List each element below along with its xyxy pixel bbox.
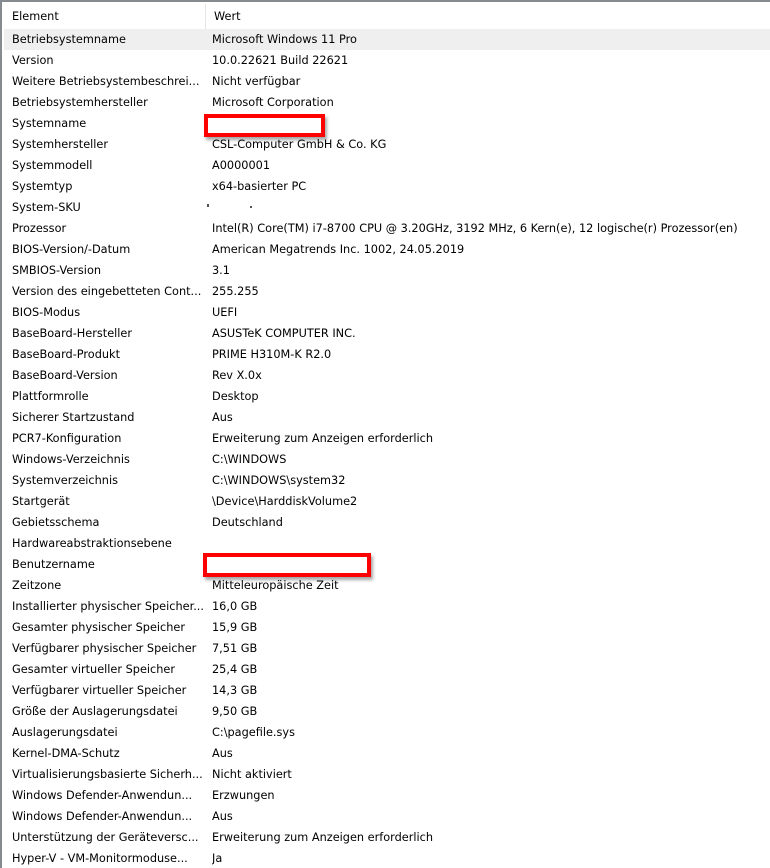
row-element-label: Auslagerungsdatei	[12, 722, 208, 743]
list-header: Element Wert	[4, 4, 770, 29]
list-row[interactable]: Systemname	[4, 113, 770, 134]
row-value: C:\pagefile.sys	[212, 722, 770, 743]
row-element-label: Systemtyp	[12, 176, 208, 197]
row-value: Intel(R) Core(TM) i7-8700 CPU @ 3.20GHz,…	[212, 218, 770, 239]
row-element-label: Prozessor	[12, 218, 208, 239]
row-element-label: BIOS-Version/-Datum	[12, 239, 208, 260]
list-row[interactable]: Systemtypx64-basierter PC	[4, 176, 770, 197]
list-row[interactable]: Benutzername	[4, 554, 770, 575]
row-element-label: Verfügbarer virtueller Speicher	[12, 680, 208, 701]
row-value: 15,9 GB	[212, 617, 770, 638]
row-element-label: Startgerät	[12, 491, 208, 512]
list-row[interactable]: Unterstützung der Geräteversc...Erweiter…	[4, 827, 770, 848]
list-row[interactable]: Hardwareabstraktionsebene	[4, 533, 770, 554]
row-value: Erweiterung zum Anzeigen erforderlich	[212, 428, 770, 449]
list-row[interactable]: Verfügbarer physischer Speicher7,51 GB	[4, 638, 770, 659]
list-row[interactable]: PCR7-KonfigurationErweiterung zum Anzeig…	[4, 428, 770, 449]
row-value: Erweiterung zum Anzeigen erforderlich	[212, 827, 770, 848]
row-element-label: System-SKU	[12, 197, 208, 218]
row-value: Desktop	[212, 386, 770, 407]
list-row[interactable]: SMBIOS-Version3.1	[4, 260, 770, 281]
row-element-label: Gesamter virtueller Speicher	[12, 659, 208, 680]
row-element-label: SMBIOS-Version	[12, 260, 208, 281]
list-row[interactable]: BetriebsystemnameMicrosoft Windows 11 Pr…	[4, 29, 770, 50]
system-info-list: Element Wert BetriebsystemnameMicrosoft …	[4, 4, 770, 868]
row-value: A0000001	[212, 155, 770, 176]
list-row[interactable]: Verfügbarer virtueller Speicher14,3 GB	[4, 680, 770, 701]
row-element-label: Installierter physischer Speicher...	[12, 596, 208, 617]
row-element-label: Virtualisierungsbasierte Sicherh...	[12, 764, 208, 785]
row-element-label: Systemverzeichnis	[12, 470, 208, 491]
list-row[interactable]: Weitere Betriebsystembeschrei...Nicht ve…	[4, 71, 770, 92]
row-value: UEFI	[212, 302, 770, 323]
row-value: Rev X.0x	[212, 365, 770, 386]
row-element-label: Kernel-DMA-Schutz	[12, 743, 208, 764]
row-element-label: Plattformrolle	[12, 386, 208, 407]
row-value: Aus	[212, 407, 770, 428]
list-row[interactable]: BaseBoard-VersionRev X.0x	[4, 365, 770, 386]
list-row[interactable]: BaseBoard-HerstellerASUSTeK COMPUTER INC…	[4, 323, 770, 344]
row-value: Ja	[212, 848, 770, 868]
list-row[interactable]: Startgerät\Device\HarddiskVolume2	[4, 491, 770, 512]
list-row[interactable]: BIOS-Version/-DatumAmerican Megatrends I…	[4, 239, 770, 260]
row-element-label: Gebietsschema	[12, 512, 208, 533]
row-element-label: Windows-Verzeichnis	[12, 449, 208, 470]
list-row[interactable]: SystemherstellerCSL-Computer GmbH & Co. …	[4, 134, 770, 155]
row-element-label: Verfügbarer physischer Speicher	[12, 638, 208, 659]
list-row[interactable]: SystemmodellA0000001	[4, 155, 770, 176]
row-value: PRIME H310M-K R2.0	[212, 344, 770, 365]
list-row[interactable]: Windows Defender-Anwendun...Erzwungen	[4, 785, 770, 806]
row-element-label: Gesamter physischer Speicher	[12, 617, 208, 638]
row-element-label: BIOS-Modus	[12, 302, 208, 323]
column-header-value[interactable]: Wert	[206, 4, 770, 29]
row-element-label: Größe der Auslagerungsdatei	[12, 701, 208, 722]
list-row[interactable]: AuslagerungsdateiC:\pagefile.sys	[4, 722, 770, 743]
row-value: 16,0 GB	[212, 596, 770, 617]
list-row[interactable]: System-SKU	[4, 197, 770, 218]
row-value: Nicht aktiviert	[212, 764, 770, 785]
system-summary-window: Element Wert BetriebsystemnameMicrosoft …	[0, 0, 770, 868]
list-body: BetriebsystemnameMicrosoft Windows 11 Pr…	[4, 29, 770, 868]
row-value: American Megatrends Inc. 1002, 24.05.201…	[212, 239, 770, 260]
row-value	[212, 533, 770, 554]
list-row[interactable]: BetriebsystemherstellerMicrosoft Corpora…	[4, 92, 770, 113]
row-element-label: Zeitzone	[12, 575, 208, 596]
row-value: Erzwungen	[212, 785, 770, 806]
list-row[interactable]: Hyper-V - VM-Monitormoduse...Ja	[4, 848, 770, 868]
list-row[interactable]: BIOS-ModusUEFI	[4, 302, 770, 323]
row-value: C:\WINDOWS	[212, 449, 770, 470]
column-header-element[interactable]: Element	[4, 4, 206, 29]
list-row[interactable]: Sicherer StartzustandAus	[4, 407, 770, 428]
row-element-label: Systemhersteller	[12, 134, 208, 155]
list-row[interactable]: Gesamter physischer Speicher15,9 GB	[4, 617, 770, 638]
row-value: x64-basierter PC	[212, 176, 770, 197]
row-value: Microsoft Corporation	[212, 92, 770, 113]
row-value: 255.255	[212, 281, 770, 302]
row-value: 9,50 GB	[212, 701, 770, 722]
list-row[interactable]: GebietsschemaDeutschland	[4, 512, 770, 533]
list-row[interactable]: Installierter physischer Speicher...16,0…	[4, 596, 770, 617]
list-row[interactable]: ProzessorIntel(R) Core(TM) i7-8700 CPU @…	[4, 218, 770, 239]
row-element-label: BaseBoard-Produkt	[12, 344, 208, 365]
row-value: 7,51 GB	[212, 638, 770, 659]
list-row[interactable]: Virtualisierungsbasierte Sicherh...Nicht…	[4, 764, 770, 785]
list-row[interactable]: Kernel-DMA-SchutzAus	[4, 743, 770, 764]
row-element-label: Windows Defender-Anwendun...	[12, 785, 208, 806]
row-value: Microsoft Windows 11 Pro	[212, 29, 770, 50]
row-value: Mitteleuropäische Zeit	[212, 575, 770, 596]
row-value: 14,3 GB	[212, 680, 770, 701]
list-row[interactable]: BaseBoard-ProduktPRIME H310M-K R2.0	[4, 344, 770, 365]
row-value: Aus	[212, 806, 770, 827]
row-value: \Device\HarddiskVolume2	[212, 491, 770, 512]
row-element-label: PCR7-Konfiguration	[12, 428, 208, 449]
row-element-label: Version des eingebetteten Cont...	[12, 281, 208, 302]
row-element-label: Hyper-V - VM-Monitormoduse...	[12, 848, 208, 868]
redaction-artifact	[207, 204, 209, 207]
row-element-label: BaseBoard-Version	[12, 365, 208, 386]
row-element-label: Systemname	[12, 113, 208, 134]
list-row[interactable]: Version des eingebetteten Cont...255.255	[4, 281, 770, 302]
list-row[interactable]: Gesamter virtueller Speicher25,4 GB	[4, 659, 770, 680]
row-value: Nicht verfügbar	[212, 71, 770, 92]
row-value: Deutschland	[212, 512, 770, 533]
row-value: 10.0.22621 Build 22621	[212, 50, 770, 71]
row-element-label: Windows Defender-Anwendun...	[12, 806, 208, 827]
list-row[interactable]: ZeitzoneMitteleuropäische Zeit	[4, 575, 770, 596]
row-value: 25,4 GB	[212, 659, 770, 680]
row-value: 3.1	[212, 260, 770, 281]
row-element-label: Weitere Betriebsystembeschrei...	[12, 71, 208, 92]
list-row[interactable]: Version10.0.22621 Build 22621	[4, 50, 770, 71]
row-element-label: Benutzername	[12, 554, 208, 575]
row-element-label: Betriebsystemname	[12, 29, 208, 50]
list-row[interactable]: Windows-VerzeichnisC:\WINDOWS	[4, 449, 770, 470]
row-value: ASUSTeK COMPUTER INC.	[212, 323, 770, 344]
row-element-label: Unterstützung der Geräteversc...	[12, 827, 208, 848]
row-value: CSL-Computer GmbH & Co. KG	[212, 134, 770, 155]
row-value: C:\WINDOWS\system32	[212, 470, 770, 491]
redaction-box-benutzername	[203, 553, 371, 577]
row-value	[212, 197, 770, 218]
redaction-artifact	[250, 206, 252, 208]
list-row[interactable]: PlattformrolleDesktop	[4, 386, 770, 407]
row-element-label: Version	[12, 50, 208, 71]
row-element-label: Sicherer Startzustand	[12, 407, 208, 428]
list-row[interactable]: Windows Defender-Anwendun...Aus	[4, 806, 770, 827]
row-element-label: Systemmodell	[12, 155, 208, 176]
list-row[interactable]: SystemverzeichnisC:\WINDOWS\system32	[4, 470, 770, 491]
list-row[interactable]: Größe der Auslagerungsdatei9,50 GB	[4, 701, 770, 722]
row-element-label: Hardwareabstraktionsebene	[12, 533, 208, 554]
row-element-label: BaseBoard-Hersteller	[12, 323, 208, 344]
row-value: Aus	[212, 743, 770, 764]
row-element-label: Betriebsystemhersteller	[12, 92, 208, 113]
redaction-box-systemname	[204, 114, 325, 137]
